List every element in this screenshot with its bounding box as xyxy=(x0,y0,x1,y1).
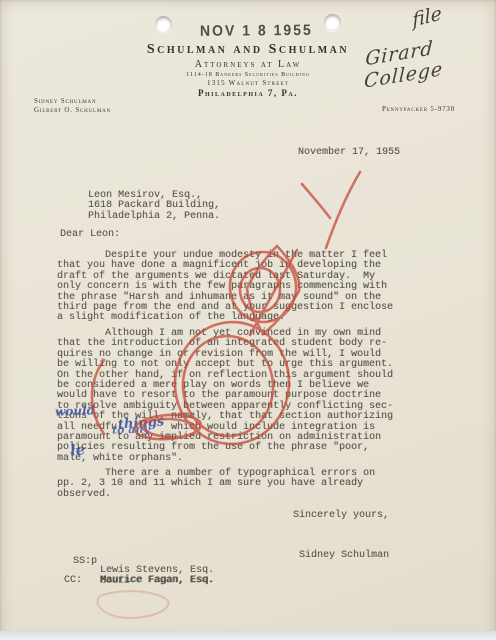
cc-name-2: Maurice Fagan, Esq. xyxy=(100,576,214,586)
paragraph-1: Despite your undue modesty in the matter… xyxy=(57,251,393,324)
firm-name: Schulman and Schulman xyxy=(0,42,496,58)
blue-correction-to-any: to any xyxy=(112,422,150,436)
punch-hole-left xyxy=(155,16,172,33)
received-date-stamp: NOV 1 8 1955 xyxy=(200,21,313,39)
attorney-names: Sidney Schulman Gilbert O. Schulman xyxy=(34,97,111,115)
recipient-address: Leon Mesirov, Esq., 1618 Packard Buildin… xyxy=(88,191,220,222)
cc-label: CC: xyxy=(64,576,82,586)
paragraph-3: There are a number of typographical erro… xyxy=(57,469,375,500)
blue-correction-would: would xyxy=(55,403,95,418)
red-y-mark-right-stroke xyxy=(326,172,360,248)
letter-date: November 17, 1955 xyxy=(298,148,400,158)
scan-edge xyxy=(0,631,496,640)
attorney-name-1: Sidney Schulman xyxy=(34,97,111,106)
paragraph-2: Although I am not yet convinced in my ow… xyxy=(57,329,393,464)
firm-address-line2: 1315 Walnut Street xyxy=(0,79,496,87)
blue-correction-le: le xyxy=(69,440,86,459)
red-faint-scribble-cc xyxy=(97,591,168,618)
firm-address-line1: 1114-18 Bankers Securities Building xyxy=(0,72,496,78)
punch-hole-right xyxy=(324,14,341,31)
handwritten-file-note: file xyxy=(412,2,443,32)
firm-subtitle: Attorneys at Law xyxy=(0,59,496,70)
typist-initials: SS:p xyxy=(73,557,97,567)
scanned-letter-page: NOV 1 8 1955 file Girard College Schulma… xyxy=(0,0,496,640)
closing: Sincerely yours, xyxy=(293,511,389,521)
red-y-mark-left-stroke xyxy=(302,184,330,218)
typed-signature: Sidney Schulman xyxy=(299,551,389,561)
salutation: Dear Leon: xyxy=(60,230,120,240)
firm-phone: Pennypacker 5-9730 xyxy=(382,105,455,114)
attorney-name-2: Gilbert O. Schulman xyxy=(34,106,111,115)
letterhead: Schulman and Schulman Attorneys at Law 1… xyxy=(0,42,496,98)
